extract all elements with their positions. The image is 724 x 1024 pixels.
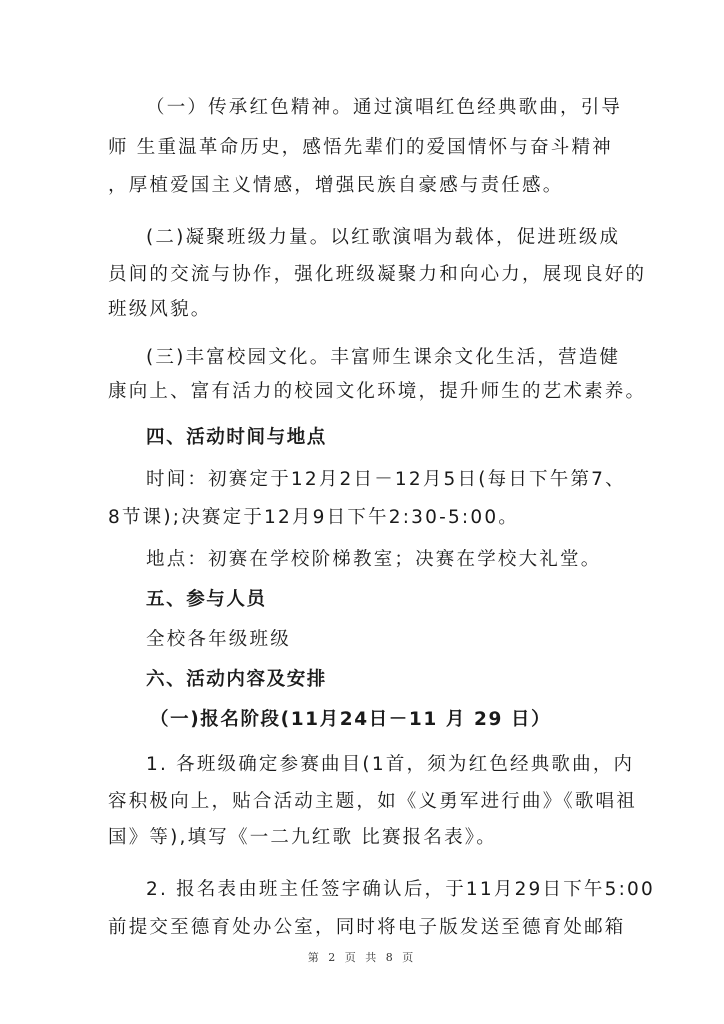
document-page: （一）传承红色精神。通过演唱红色经典歌曲，引导 师 生重温革命历史，感悟先辈们的… xyxy=(0,0,724,1024)
section-4-time-line-1: 时间：初赛定于12月2日－12月5日(每日下午第7、 xyxy=(146,468,602,492)
item-2-line-2: 前提交至德育处办公室，同时将电子版发送至德育处邮箱 xyxy=(108,916,602,940)
section-5-heading: 五、参与人员 xyxy=(146,588,602,612)
paragraph-2-line-1: (二)凝聚班级力量。以红歌演唱为载体，促进班级成 xyxy=(146,226,602,250)
paragraph-3-line-2: 康向上、富有活力的校园文化环境，提升师生的艺术素养。 xyxy=(108,380,602,404)
paragraph-1-line-2: 师 生重温革命历史，感悟先辈们的爱国情怀与奋斗精神 xyxy=(108,136,602,160)
page-number-footer: 第 2 页 共 8 页 xyxy=(0,949,724,965)
section-6-subheading: （一)报名阶段(11月24日－11 月 29 日） xyxy=(150,708,606,732)
paragraph-1-line-1: （一）传承红色精神。通过演唱红色经典歌曲，引导 xyxy=(146,96,602,120)
item-1-line-1: 1. 各班级确定参赛曲目(1首，须为红色经典歌曲，内 xyxy=(146,753,602,777)
paragraph-2-line-3: 班级风貌。 xyxy=(108,298,602,322)
section-4-place: 地点：初赛在学校阶梯教室；决赛在学校大礼堂。 xyxy=(146,548,602,572)
paragraph-1-line-3: ，厚植爱国主义情感，增强民族自豪感与责任感。 xyxy=(108,174,602,198)
item-1-line-2: 容积极向上，贴合活动主题，如《义勇军进行曲》《歌唱祖 xyxy=(108,790,602,814)
item-1-line-3: 国》等),填写《一二九红歌 比赛报名表》。 xyxy=(108,826,602,850)
item-2-line-1: 2. 报名表由班主任签字确认后，于11月29日下午5:00 xyxy=(146,878,602,902)
paragraph-2-line-2: 员间的交流与协作，强化班级凝聚力和向心力，展现良好的 xyxy=(108,263,602,287)
section-4-heading: 四、活动时间与地点 xyxy=(146,426,602,450)
section-6-heading: 六、活动内容及安排 xyxy=(146,668,602,692)
section-5-content: 全校各年级班级 xyxy=(146,628,602,652)
paragraph-3-line-1: (三)丰富校园文化。丰富师生课余文化生活，营造健 xyxy=(146,346,602,370)
section-4-time-line-2: 8节课);决赛定于12月9日下午2:30-5:00。 xyxy=(108,506,602,530)
